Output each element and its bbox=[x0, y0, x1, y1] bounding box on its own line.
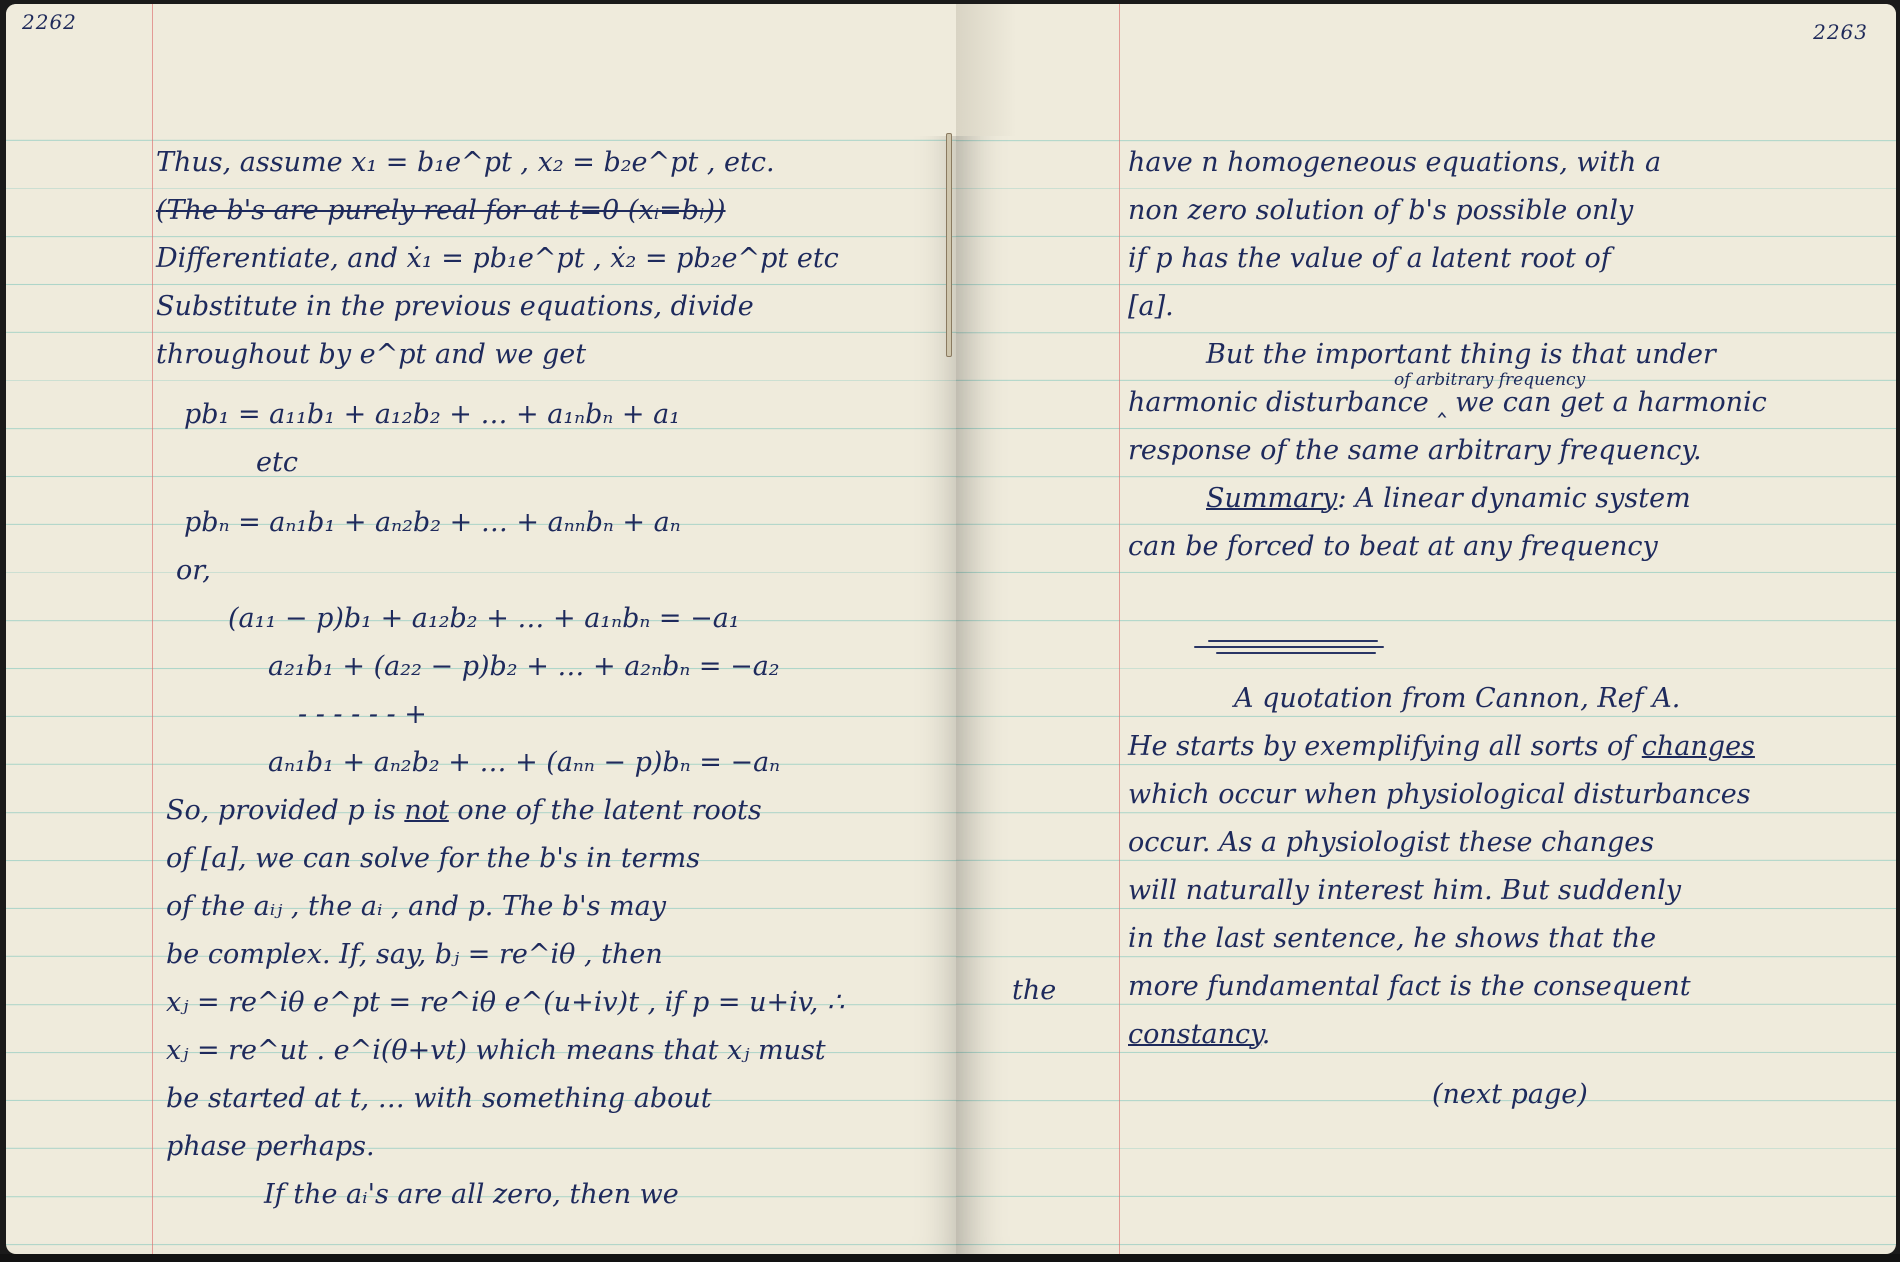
handwritten-line: If the aᵢ's are all zero, then we bbox=[264, 1180, 679, 1210]
handwritten-line: Summary: A linear dynamic system bbox=[1206, 484, 1691, 514]
right-margin-rule bbox=[1119, 4, 1120, 1254]
handwritten-line: xⱼ = re^iθ e^pt = re^iθ e^(u+iv)t , if p… bbox=[166, 988, 844, 1018]
handwritten-line: response of the same arbitrary frequency… bbox=[1128, 436, 1702, 466]
left-page: 2262 Thus, assume x₁ = b₁e^pt , x₂ = b₂e… bbox=[6, 4, 956, 1254]
left-page-number: 2262 bbox=[22, 10, 77, 34]
handwritten-line: a₂₁b₁ + (a₂₂ − p)b₂ + … + a₂ₙbₙ = −a₂ bbox=[268, 652, 780, 682]
handwritten-line: more fundamental fact is the consequent bbox=[1128, 972, 1691, 1002]
handwritten-line: of [a], we can solve for the b's in term… bbox=[166, 844, 700, 874]
handwritten-line: which occur when physiological disturban… bbox=[1128, 780, 1751, 810]
handwritten-line: phase perhaps. bbox=[166, 1132, 375, 1162]
handwritten-line: (The b's are purely real for at t=0 (xᵢ=… bbox=[156, 196, 726, 226]
right-page: 2263 the of arbitrary frequency have n h… bbox=[956, 4, 1896, 1254]
notebook-spread: 2262 Thus, assume x₁ = b₁e^pt , x₂ = b₂e… bbox=[0, 0, 1900, 1262]
handwritten-line: non zero solution of b's possible only bbox=[1128, 196, 1633, 226]
handwritten-line: can be forced to beat at any frequency bbox=[1128, 532, 1658, 562]
right-page-number: 2263 bbox=[1813, 20, 1868, 44]
binding-staple bbox=[946, 133, 952, 357]
underlined-word: Summary bbox=[1206, 483, 1337, 514]
handwritten-line: (a₁₁ − p)b₁ + a₁₂b₂ + … + a₁ₙbₙ = −a₁ bbox=[228, 604, 740, 634]
handwritten-line: be started at t, … with something about bbox=[166, 1084, 712, 1114]
handwritten-line: So, provided p is not one of the latent … bbox=[166, 796, 762, 826]
handwritten-line: in the last sentence, he shows that the bbox=[1128, 924, 1656, 954]
handwritten-line: aₙ₁b₁ + aₙ₂b₂ + … + (aₙₙ − p)bₙ = −aₙ bbox=[268, 748, 780, 778]
underlined-word: changes bbox=[1642, 731, 1755, 762]
handwritten-line: (next page) bbox=[1432, 1080, 1588, 1110]
handwritten-line: throughout by e^pt and we get bbox=[156, 340, 586, 370]
handwritten-line: Differentiate, and ẋ₁ = pb₁e^pt , ẋ₂ = p… bbox=[156, 244, 839, 274]
underlined-word: constancy bbox=[1128, 1019, 1262, 1050]
handwritten-line: etc bbox=[256, 448, 298, 478]
handwritten-line: A quotation from Cannon, Ref A. bbox=[1234, 684, 1680, 714]
handwritten-line: be complex. If, say, bⱼ = re^iθ , then bbox=[166, 940, 663, 970]
handwritten-line: - - - - - - + bbox=[298, 700, 427, 730]
handwritten-line: occur. As a physiologist these changes bbox=[1128, 828, 1654, 858]
handwritten-line: Thus, assume x₁ = b₁e^pt , x₂ = b₂e^pt ,… bbox=[156, 148, 775, 178]
handwritten-line: xⱼ = re^ut . e^i(θ+vt) which means that … bbox=[166, 1036, 826, 1066]
handwritten-line: will naturally interest him. But suddenl… bbox=[1128, 876, 1681, 906]
underlined-word: not bbox=[404, 795, 449, 826]
section-divider bbox=[1194, 640, 1384, 656]
handwritten-line: have n homogeneous equations, with a bbox=[1128, 148, 1661, 178]
handwritten-line: But the important thing is that under bbox=[1206, 340, 1716, 370]
handwritten-line: constancy. bbox=[1128, 1020, 1270, 1050]
handwritten-line: He starts by exemplifying all sorts of c… bbox=[1128, 732, 1755, 762]
handwritten-line: pbₙ = aₙ₁b₁ + aₙ₂b₂ + … + aₙₙbₙ + aₙ bbox=[184, 508, 681, 538]
handwritten-line: pb₁ = a₁₁b₁ + a₁₂b₂ + … + a₁ₙbₙ + a₁ bbox=[184, 400, 680, 430]
book-edge bbox=[0, 1254, 1900, 1262]
handwritten-line: of the aᵢⱼ , the aᵢ , and p. The b's may bbox=[166, 892, 666, 922]
handwritten-line: if p has the value of a latent root of bbox=[1128, 244, 1611, 274]
handwritten-line: or, bbox=[176, 556, 211, 586]
handwritten-line: Substitute in the previous equations, di… bbox=[156, 292, 754, 322]
handwritten-line: harmonic disturbance ‸ we can get a harm… bbox=[1128, 388, 1767, 418]
left-margin-rule bbox=[152, 4, 153, 1254]
handwritten-line: [a]. bbox=[1128, 292, 1174, 322]
margin-note: the bbox=[1012, 976, 1056, 1006]
